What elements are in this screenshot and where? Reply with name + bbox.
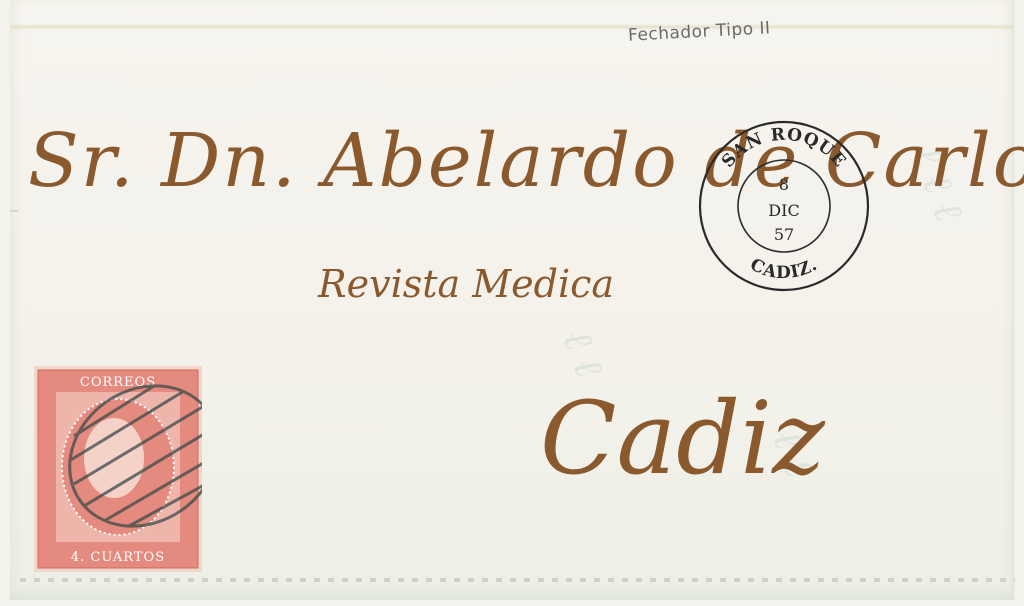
postmark-town: SAN ROQUE bbox=[718, 125, 850, 172]
postage-stamp: CORREOS 4. CUARTOS bbox=[34, 366, 202, 572]
paper-bottom-edge bbox=[20, 578, 1015, 582]
postmark-province: CADIZ. bbox=[747, 255, 821, 283]
address-line-city: Cadiz bbox=[540, 380, 825, 497]
address-line-organization: Revista Medica bbox=[318, 262, 614, 306]
paper-edge bbox=[1012, 0, 1016, 600]
postmark-day: 8 bbox=[779, 175, 789, 194]
postmark-month: DIC bbox=[768, 201, 799, 220]
svg-text:SAN ROQUE: SAN ROQUE bbox=[718, 125, 850, 172]
stamp-value-label: 4. CUARTOS bbox=[71, 550, 165, 565]
circular-datestamp: SAN ROQUE CADIZ. 8 DIC 57 bbox=[696, 118, 872, 294]
queen-portrait bbox=[84, 418, 144, 498]
postmark-year: 57 bbox=[774, 225, 794, 244]
fold-line bbox=[10, 24, 1014, 30]
address-line-recipient: Sr. Dn. Abelardo de Carlos. bbox=[28, 118, 1024, 204]
fold-mark bbox=[10, 210, 18, 212]
svg-text:CADIZ.: CADIZ. bbox=[747, 255, 821, 283]
